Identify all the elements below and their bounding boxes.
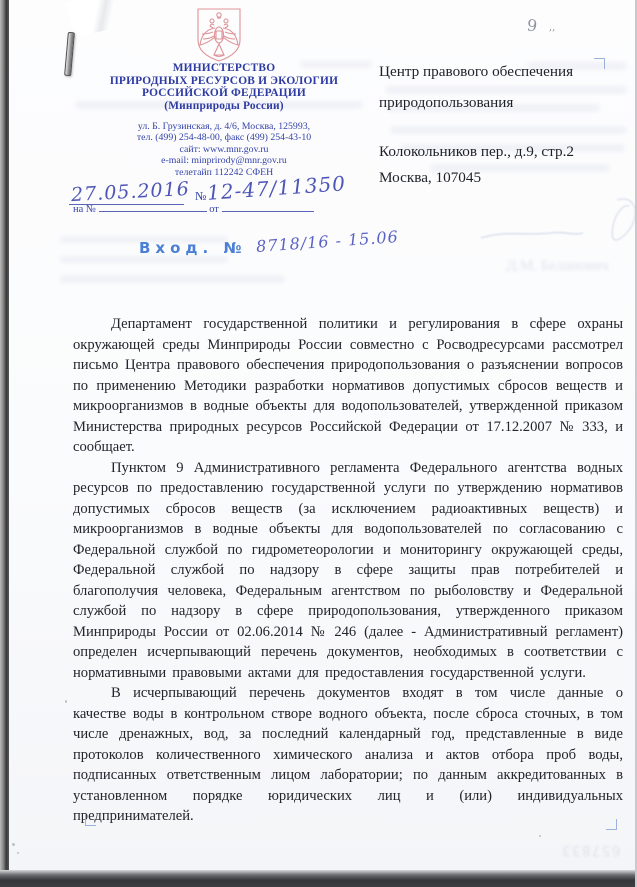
- body-paragraph-1: Департамент государственной политики и р…: [73, 314, 623, 458]
- scan-speck: [12, 843, 15, 846]
- ministry-line: ПРИРОДНЫХ РЕСУРСОВ И ЭКОЛОГИИ: [75, 75, 373, 88]
- scan-speck: [539, 835, 541, 837]
- ref-left-label: на №: [73, 204, 96, 215]
- recipient-address-line: Москва, 107045: [379, 169, 481, 187]
- scan-speck: [65, 700, 67, 703]
- bleedthrough-signature: [477, 192, 637, 254]
- outgoing-date-handwritten: 27.05.2016: [71, 178, 191, 206]
- scanner-edge-bottom: [0, 870, 637, 887]
- corner-mark-bottom-right: [606, 819, 617, 830]
- number-sign: №: [195, 189, 206, 204]
- bleedthrough-line: [60, 256, 228, 263]
- ref-right-label: от: [209, 204, 219, 215]
- body-paragraph-3: В исчерпывающий перечень документов вход…: [73, 683, 623, 827]
- corner-mark-bottom-left: [85, 815, 96, 826]
- contact-line-street: ул. Б. Грузинская, д. 4/6, Москва, 12599…: [75, 121, 373, 132]
- russia-coat-of-arms-emblem: [181, 6, 257, 64]
- letter-body: Департамент государственной политики и р…: [73, 314, 623, 827]
- ministry-line: МИНИСТЕРСТВО: [75, 62, 373, 75]
- incoming-stamp-number-handwritten: 8718/16 - 15.06: [256, 227, 400, 256]
- contact-line-site: сайт: www.mnr.gov.ru: [75, 144, 373, 155]
- paper-sheet: Д.М. Беланович 657833: [9, 0, 637, 871]
- bleedthrough-mirrored-number: 657833: [561, 842, 620, 858]
- contact-line-phone: тел. (499) 254-48-00, факс (499) 254-43-…: [75, 132, 373, 143]
- contact-line-email: e-mail: minprirody@mnr.gov.ru: [75, 155, 373, 166]
- ministry-contact-block: ул. Б. Грузинская, д. 4/6, Москва, 12599…: [75, 121, 373, 178]
- recipient-name-line: Центр правового обеспечения: [379, 63, 573, 81]
- scanned-letter: Д.М. Беланович 657833: [0, 0, 637, 887]
- incoming-stamp-label: Вход. №: [139, 239, 247, 257]
- recipient-name-line: природопользования: [379, 94, 513, 112]
- recipient-address-line: Колокольников пер., д.9, стр.2: [379, 143, 574, 161]
- ministry-name-block: МИНИСТЕРСТВО ПРИРОДНЫХ РЕСУРСОВ И ЭКОЛОГ…: [75, 62, 373, 112]
- scan-speck: [17, 852, 19, 854]
- pencil-tick-mark: ,,: [549, 22, 555, 33]
- body-paragraph-2: Пунктом 9 Административного регламента Ф…: [73, 458, 623, 684]
- bleedthrough-signature-name: Д.М. Беланович: [506, 258, 608, 275]
- reference-line: на № от: [73, 204, 314, 215]
- ministry-line: (Минприроды России): [75, 100, 373, 113]
- scanner-edge-left: [0, 0, 9, 887]
- staple: [64, 32, 75, 76]
- bleedthrough-line: [385, 86, 627, 94]
- bleedthrough-line: [390, 126, 627, 134]
- pencil-page-number: 9: [526, 15, 539, 35]
- ministry-line: РОССИЙСКОЙ ФЕДЕРАЦИИ: [75, 87, 373, 100]
- paper-crease: [66, 0, 143, 38]
- corner-mark-top-right: [594, 58, 605, 69]
- bleedthrough-line: [60, 275, 285, 283]
